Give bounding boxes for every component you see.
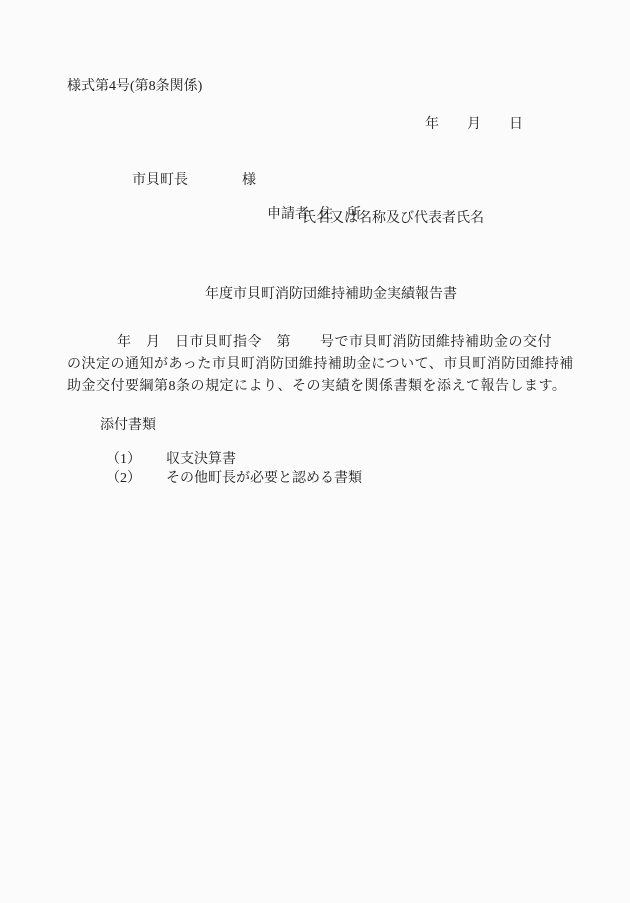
attachments-heading: 添付書類 [100,418,156,433]
body-paragraph-line: の決定の通知があった市貝町消防団維持補助金について、市貝町消防団維持補 [67,357,607,372]
document-title: 年度市貝町消防団維持補助金実績報告書 [205,287,457,302]
date-blank-line: 年 月 日 [425,117,523,132]
body-paragraph-line: 年 月 日市貝町指令 第 号で市貝町消防団維持補助金の交付 [67,335,607,350]
applicant-name-label: 氏名又は名称及び代表者氏名 [302,211,484,226]
attachment-item-number: （2） [106,471,166,486]
attachment-item: （2）その他町長が必要と認める書類 [92,456,362,502]
addressee-honorific: 様 [242,173,256,188]
attachment-item-text: その他町長が必要と認める書類 [166,471,362,486]
document-page: 様式第4号(第8条関係) 年 月 日 市貝町長様 申請者住 所 氏名又は名称及び… [0,0,630,903]
body-paragraph-line: 助金交付要綱第8条の規定により、その実績を関係書類を添えて報告します。 [67,379,607,394]
addressee-line: 市貝町長様 [118,158,256,204]
addressee-name: 市貝町長 [132,173,188,188]
form-number: 様式第4号(第8条関係) [67,79,202,94]
